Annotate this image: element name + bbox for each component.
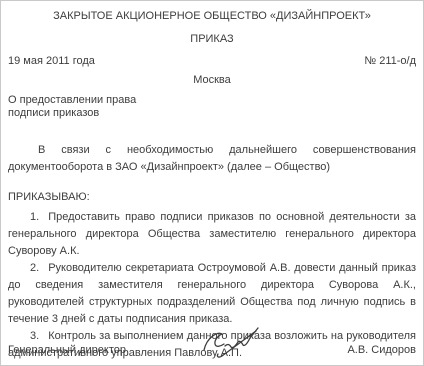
order-document-page: ЗАКРЫТОЕ АКЦИОНЕРНОЕ ОБЩЕСТВО «ДИЗАЙНПРО…	[0, 0, 424, 366]
subject-line-2: подписи приказов	[8, 107, 416, 120]
order-item-1-text: Предоставить право подписи приказов по о…	[8, 211, 416, 257]
resolution-word: ПРИКАЗЫВАЮ:	[8, 190, 416, 204]
order-item-1-number: 1.	[30, 211, 39, 223]
signer-name: А.В. Сидоров	[347, 343, 416, 357]
order-item-2-number: 2.	[30, 262, 39, 274]
document-subject: О предоставлении права подписи приказов	[8, 94, 416, 120]
date-number-row: 19 мая 2011 года № 211-о/д	[8, 54, 416, 68]
document-type-title: ПРИКАЗ	[8, 32, 416, 46]
organization-name: ЗАКРЫТОЕ АКЦИОНЕРНОЕ ОБЩЕСТВО «ДИЗАЙНПРО…	[8, 9, 416, 23]
preamble-paragraph: В связи с необходимостью дальнейшего сов…	[8, 142, 416, 176]
signature-row: Генеральный директор А.В. Сидоров	[8, 325, 416, 357]
order-item-2: 2.Руководителю секретариата Остроумовой …	[8, 260, 416, 328]
order-item-1: 1.Предоставить право подписи приказов по…	[8, 209, 416, 260]
order-item-2-text: Руководителю секретариата Остроумовой А.…	[8, 262, 416, 325]
document-date: 19 мая 2011 года	[8, 54, 95, 68]
document-number: № 211-о/д	[364, 54, 416, 68]
handwritten-signature-icon	[194, 325, 280, 359]
signer-position: Генеральный директор	[8, 343, 126, 357]
document-city: Москва	[8, 73, 416, 87]
subject-line-1: О предоставлении права	[8, 94, 416, 107]
